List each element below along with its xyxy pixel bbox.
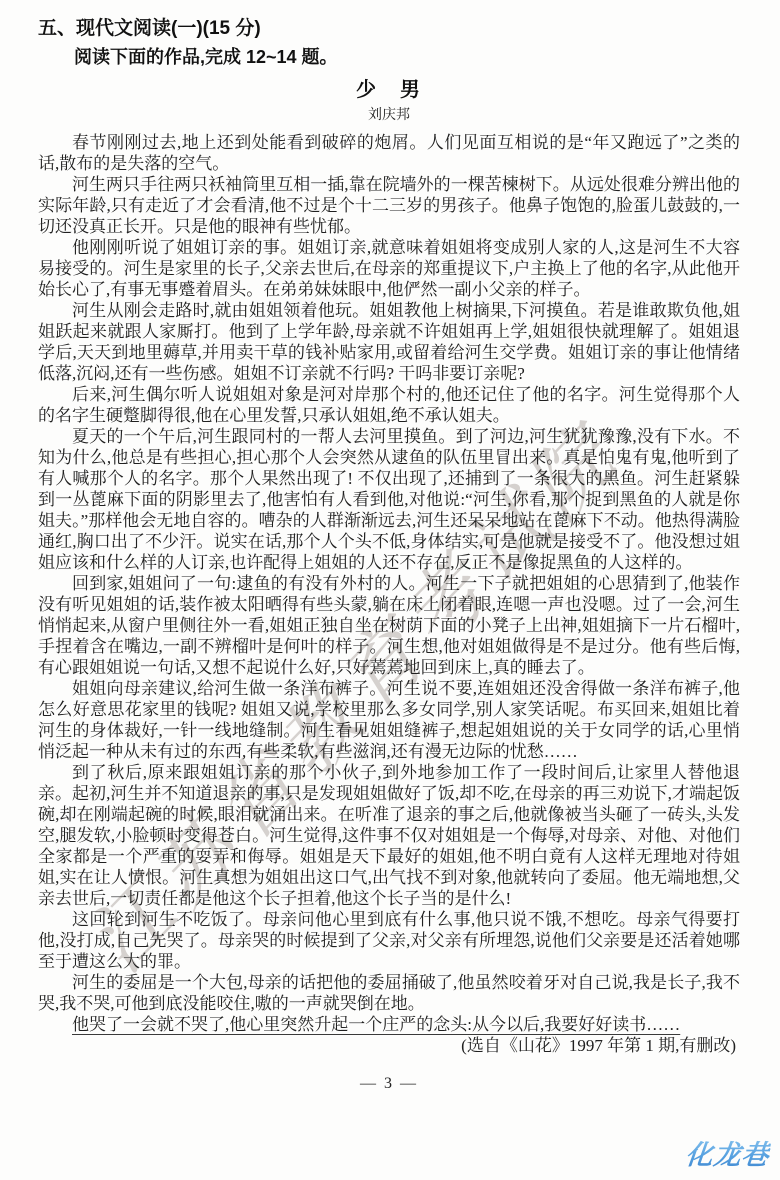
page-content: 五、现代文阅读(一)(15 分) 阅读下面的作品,完成 12~14 题。 少 男… bbox=[0, 0, 780, 1094]
article-paragraph: 姐姐向母亲建议,给河生做一条洋布裤子。河生说不要,连姐姐还没舍得做一条洋布裤子,… bbox=[38, 678, 740, 762]
article-closing-underlined: 他哭了一会就不哭了,他心里突然升起一个庄严的念头:从今以后,我要好好读书…… bbox=[38, 1014, 740, 1035]
article-author: 刘庆邦 bbox=[38, 106, 740, 126]
site-watermark-logo: 化龙巷 bbox=[684, 1133, 772, 1172]
source-attribution: (选自《山花》1997 年第 1 期,有删改) bbox=[38, 1035, 740, 1056]
article-title: 少 男 bbox=[38, 76, 740, 104]
article-paragraph: 这回轮到河生不吃饭了。母亲问他心里到底有什么事,他只说不饿,不想吃。母亲气得要打… bbox=[38, 909, 740, 972]
article-paragraph: 春节刚刚过去,地上还到处能看到破碎的炮屑。人们见面互相说的是“年又跑远了”之类的… bbox=[38, 132, 740, 174]
article-body: 春节刚刚过去,地上还到处能看到破碎的炮屑。人们见面互相说的是“年又跑远了”之类的… bbox=[38, 132, 740, 1056]
article-paragraph: 回到家,姐姐问了一句:逮鱼的有没有外村的人。河生一下子就把姐姐的心思猜到了,他装… bbox=[38, 573, 740, 678]
page-number: — 3 — bbox=[38, 1074, 740, 1094]
section-heading: 五、现代文阅读(一)(15 分) bbox=[38, 16, 740, 42]
reading-instruction: 阅读下面的作品,完成 12~14 题。 bbox=[38, 44, 740, 70]
article-paragraph: 到了秋后,原来跟姐姐订亲的那个小伙子,到外地参加工作了一段时间后,让家里人替他退… bbox=[38, 762, 740, 909]
article-paragraph: 后来,河生偶尔听人说姐姐对象是河对岸那个村的,他还记住了他的名字。河生觉得那个人… bbox=[38, 384, 740, 426]
article-paragraph: 他刚刚听说了姐姐订亲的事。姐姐订亲,就意味着姐姐将变成别人家的人,这是河生不大容… bbox=[38, 237, 740, 300]
article-paragraph: 河生从刚会走路时,就由姐姐领着他玩。姐姐教他上树摘果,下河摸鱼。若是谁敢欺负他,… bbox=[38, 300, 740, 384]
article-paragraph: 河生两只手往两只袄袖筒里互相一插,靠在院墙外的一棵苦楝树下。从远处很难分辨出他的… bbox=[38, 174, 740, 237]
article-paragraph: 夏天的一个午后,河生跟同村的一帮人去河里摸鱼。到了河边,河生犹犹豫豫,没有下水。… bbox=[38, 426, 740, 573]
article-paragraph: 河生的委屈是一个大包,母亲的话把他的委屈捅破了,他虽然咬着牙对自己说,我是长子,… bbox=[38, 972, 740, 1014]
exam-page: 江苏省教育考试院 五、现代文阅读(一)(15 分) 阅读下面的作品,完成 12~… bbox=[0, 0, 780, 1180]
